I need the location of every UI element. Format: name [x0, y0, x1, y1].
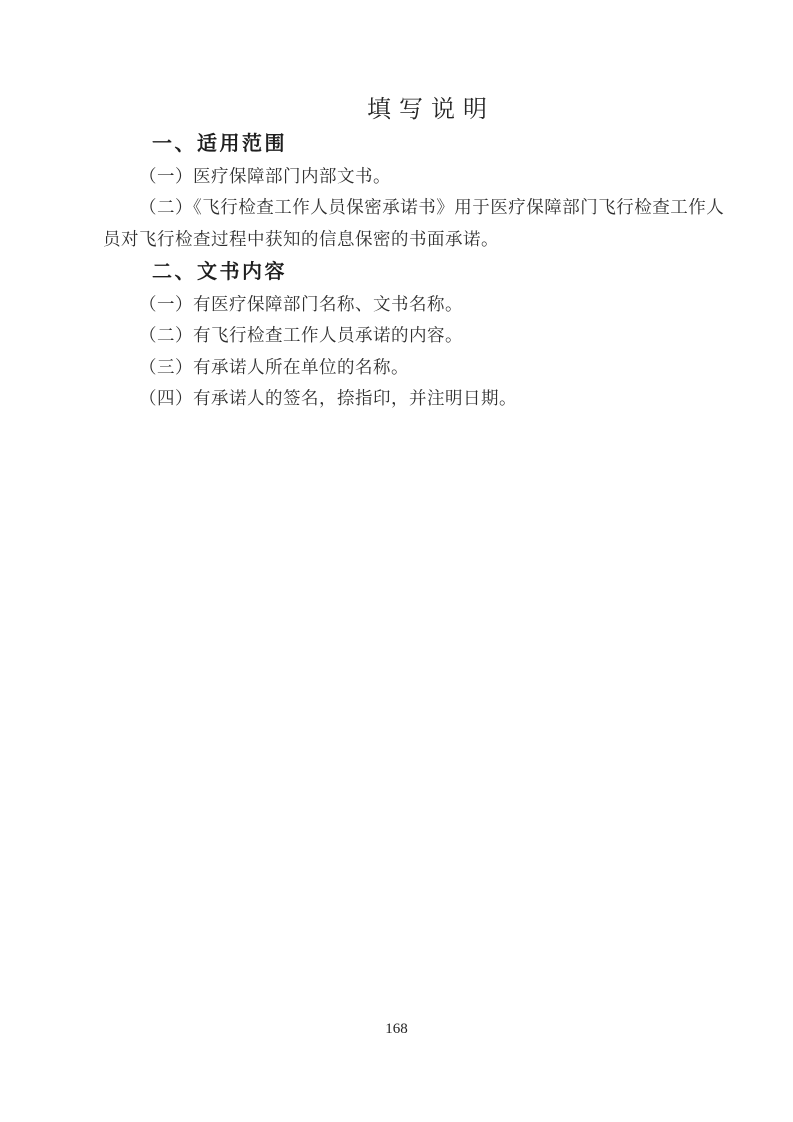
paragraph-line: （三）有承诺人所在单位的名称。 [103, 352, 697, 384]
document-content: 填写说明 一、适用范围 （一）医疗保障部门内部文书。 （二）《飞行检查工作人员保… [103, 0, 697, 415]
paragraph-line: （二）《飞行检查工作人员保密承诺书》用于医疗保障部门飞行检查工作人 [103, 192, 697, 224]
document-page: 填写说明 一、适用范围 （一）医疗保障部门内部文书。 （二）《飞行检查工作人员保… [0, 0, 793, 1122]
paragraph-line: （四）有承诺人的签名，捺指印，并注明日期。 [103, 383, 697, 415]
section-heading-contents: 二、文书内容 [103, 257, 697, 289]
paragraph-line-continuation: 员对飞行检查过程中获知的信息保密的书面承诺。 [103, 224, 697, 256]
document-title: 填写说明 [134, 93, 728, 127]
section-heading-scope: 一、适用范围 [103, 129, 697, 161]
paragraph-line: （一）医疗保障部门内部文书。 [103, 161, 697, 193]
paragraph-line: （一）有医疗保障部门名称、文书名称。 [103, 289, 697, 321]
page-number: 168 [0, 1019, 793, 1039]
paragraph-line: （二）有飞行检查工作人员承诺的内容。 [103, 320, 697, 352]
